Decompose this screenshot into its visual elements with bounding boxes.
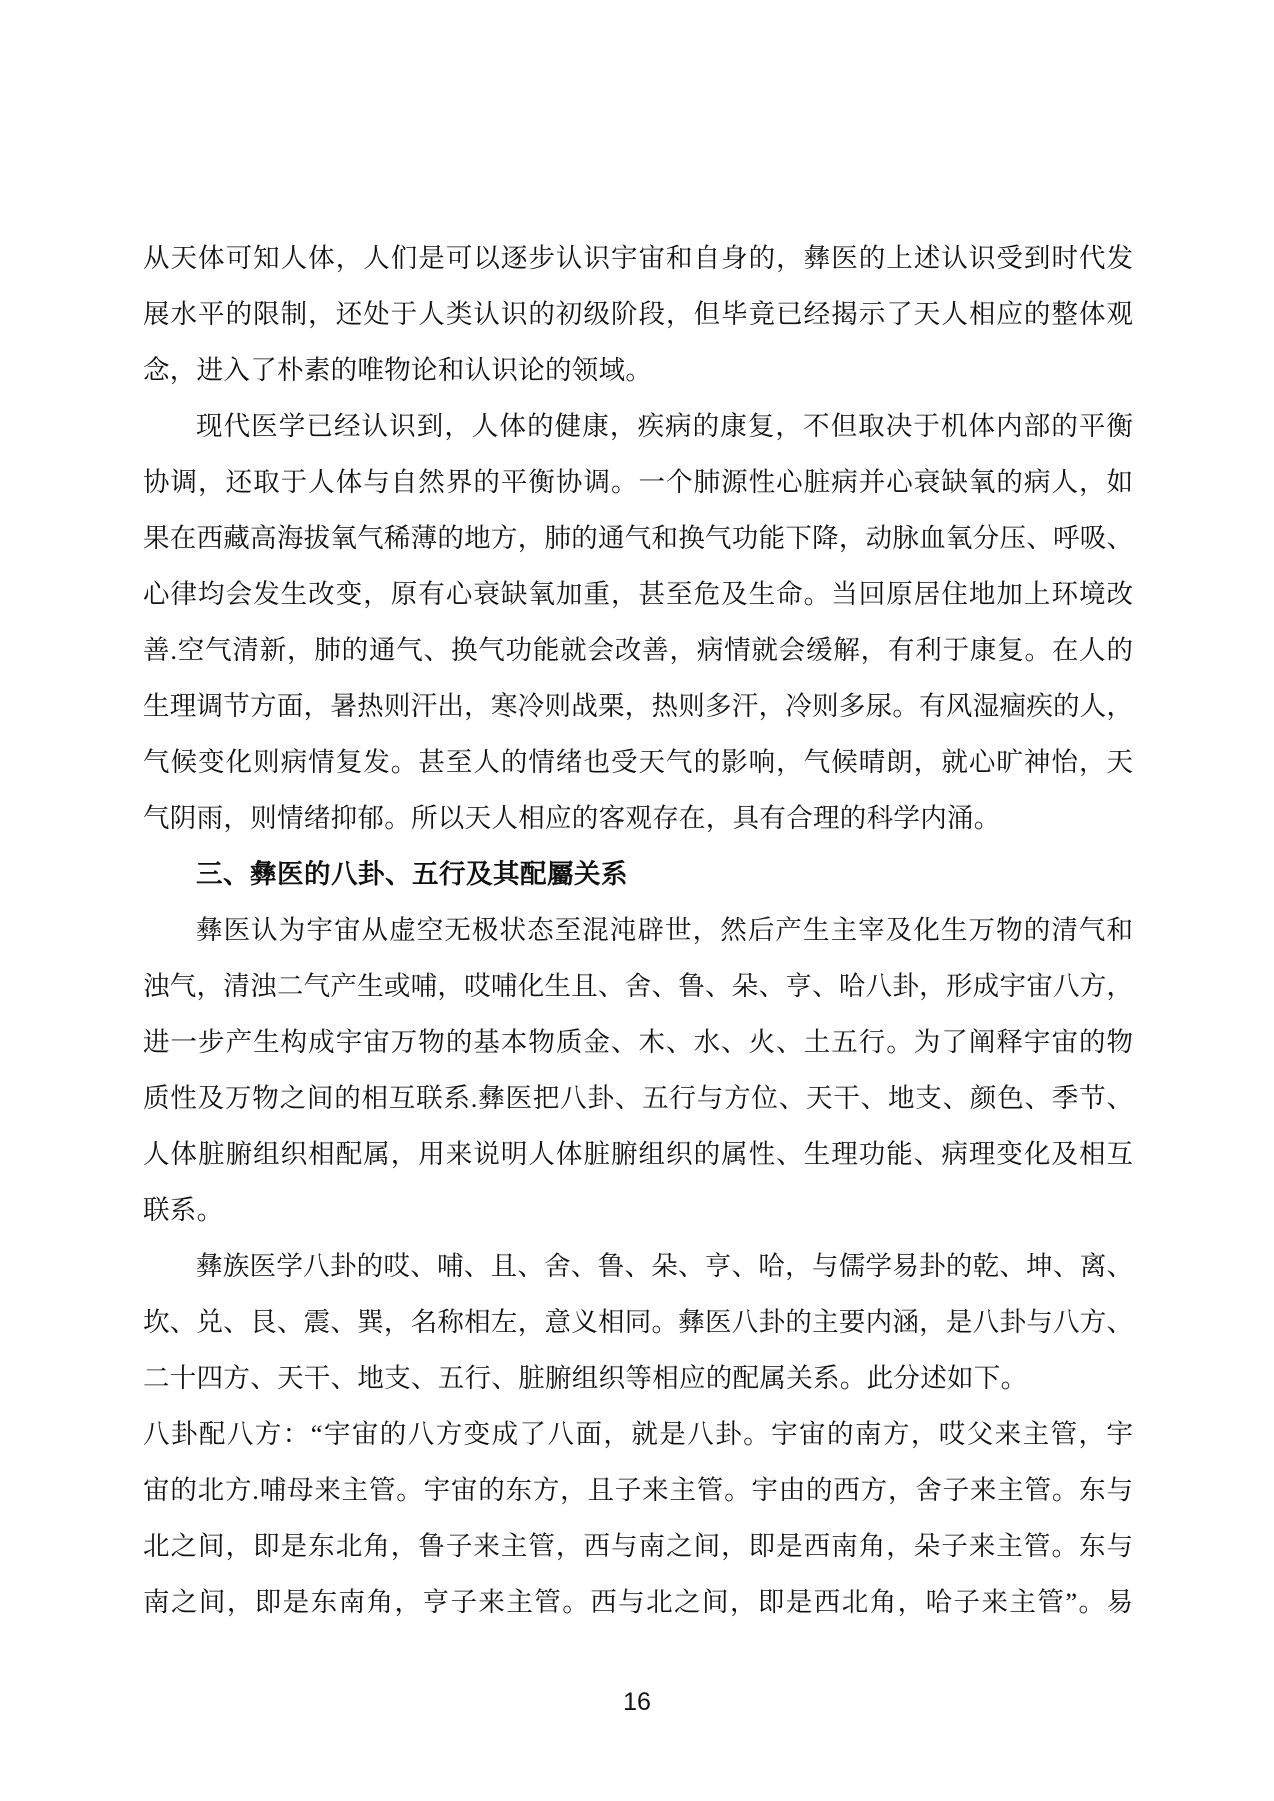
text-line: 北之间，即是东北角，鲁子来主管，西与南之间，即是西南角，朵子来主管。东与 xyxy=(143,1518,1133,1574)
text-line: 心律均会发生改变，原有心衰缺氧加重，甚至危及生命。当回原居住地加上环境改 xyxy=(143,566,1133,622)
text-line: 二十四方、天干、地支、五行、脏腑组织等相应的配属关系。此分述如下。 xyxy=(143,1350,1133,1406)
text-line: 宙的北方.哺母来主管。宇宙的东方，且子来主管。宇由的西方，舍子来主管。东与 xyxy=(143,1462,1133,1518)
text-line: 浊气，清浊二气产生或哺，哎哺化生且、舍、鲁、朵、亨、哈八卦，形成宇宙八方， xyxy=(143,958,1133,1014)
text-line: 从天体可知人体，人们是可以逐步认识宇宙和自身的，彝医的上述认识受到时代发 xyxy=(143,230,1133,286)
text-line: 善.空气清新，肺的通气、换气功能就会改善，病情就会缓解，有利于康复。在人的 xyxy=(143,622,1133,678)
text-line: 生理调节方面，暑热则汗出，寒冷则战栗，热则多汗，冷则多尿。有风湿痼疾的人， xyxy=(143,678,1133,734)
text-line: 气阴雨，则情绪抑郁。所以天人相应的客观存在，具有合理的科学内涌。 xyxy=(143,790,1133,846)
text-line: 协调，还取于人体与自然界的平衡协调。一个肺源性心脏病并心衰缺氧的病人，如 xyxy=(143,454,1133,510)
text-line: 果在西藏高海拔氧气稀薄的地方，肺的通气和换气功能下降，动脉血氧分压、呼吸、 xyxy=(143,510,1133,566)
text-line: 南之间，即是东南角，亨子来主管。西与北之间，即是西北角，哈子来主管”。易 xyxy=(143,1574,1133,1630)
section-heading: 三、彝医的八卦、五行及其配屬关系 xyxy=(143,846,1133,902)
text-line: 八卦配八方：“宇宙的八方变成了八面，就是八卦。宇宙的南方，哎父来主管，宇 xyxy=(143,1406,1133,1462)
text-line: 现代医学已经认识到，人体的健康，疾病的康复，不但取决于机体内部的平衡 xyxy=(143,398,1133,454)
text-line: 联系。 xyxy=(143,1182,1133,1238)
text-line: 气候变化则病情复发。甚至人的情绪也受天气的影响，气候晴朗，就心旷神怡，天 xyxy=(143,734,1133,790)
text-line: 展水平的限制，还处于人类认识的初级阶段，但毕竟已经揭示了天人相应的整体观 xyxy=(143,286,1133,342)
document-page: 从天体可知人体，人们是可以逐步认识宇宙和自身的，彝医的上述认识受到时代发 展水平… xyxy=(0,0,1274,1801)
text-line: 人体脏腑组织相配属，用来说明人体脏腑组织的属性、生理功能、病理变化及相互 xyxy=(143,1126,1133,1182)
text-line: 彝族医学八卦的哎、哺、且、舍、鲁、朵、亨、哈，与儒学易卦的乾、坤、离、 xyxy=(143,1238,1133,1294)
page-number: 16 xyxy=(0,1688,1274,1717)
text-line: 念，进入了朴素的唯物论和认识论的领域。 xyxy=(143,342,1133,398)
text-line: 坎、兑、艮、震、巽，名称相左，意义相同。彝医八卦的主要内涵，是八卦与八方、 xyxy=(143,1294,1133,1350)
text-line: 质性及万物之间的相互联系.彝医把八卦、五行与方位、天干、地支、颜色、季节、 xyxy=(143,1070,1133,1126)
text-line: 彝医认为宇宙从虚空无极状态至混沌辟世，然后产生主宰及化生万物的清气和 xyxy=(143,902,1133,958)
text-body: 从天体可知人体，人们是可以逐步认识宇宙和自身的，彝医的上述认识受到时代发 展水平… xyxy=(143,230,1133,1630)
text-line: 进一步产生构成宇宙万物的基本物质金、木、水、火、土五行。为了阐释宇宙的物 xyxy=(143,1014,1133,1070)
